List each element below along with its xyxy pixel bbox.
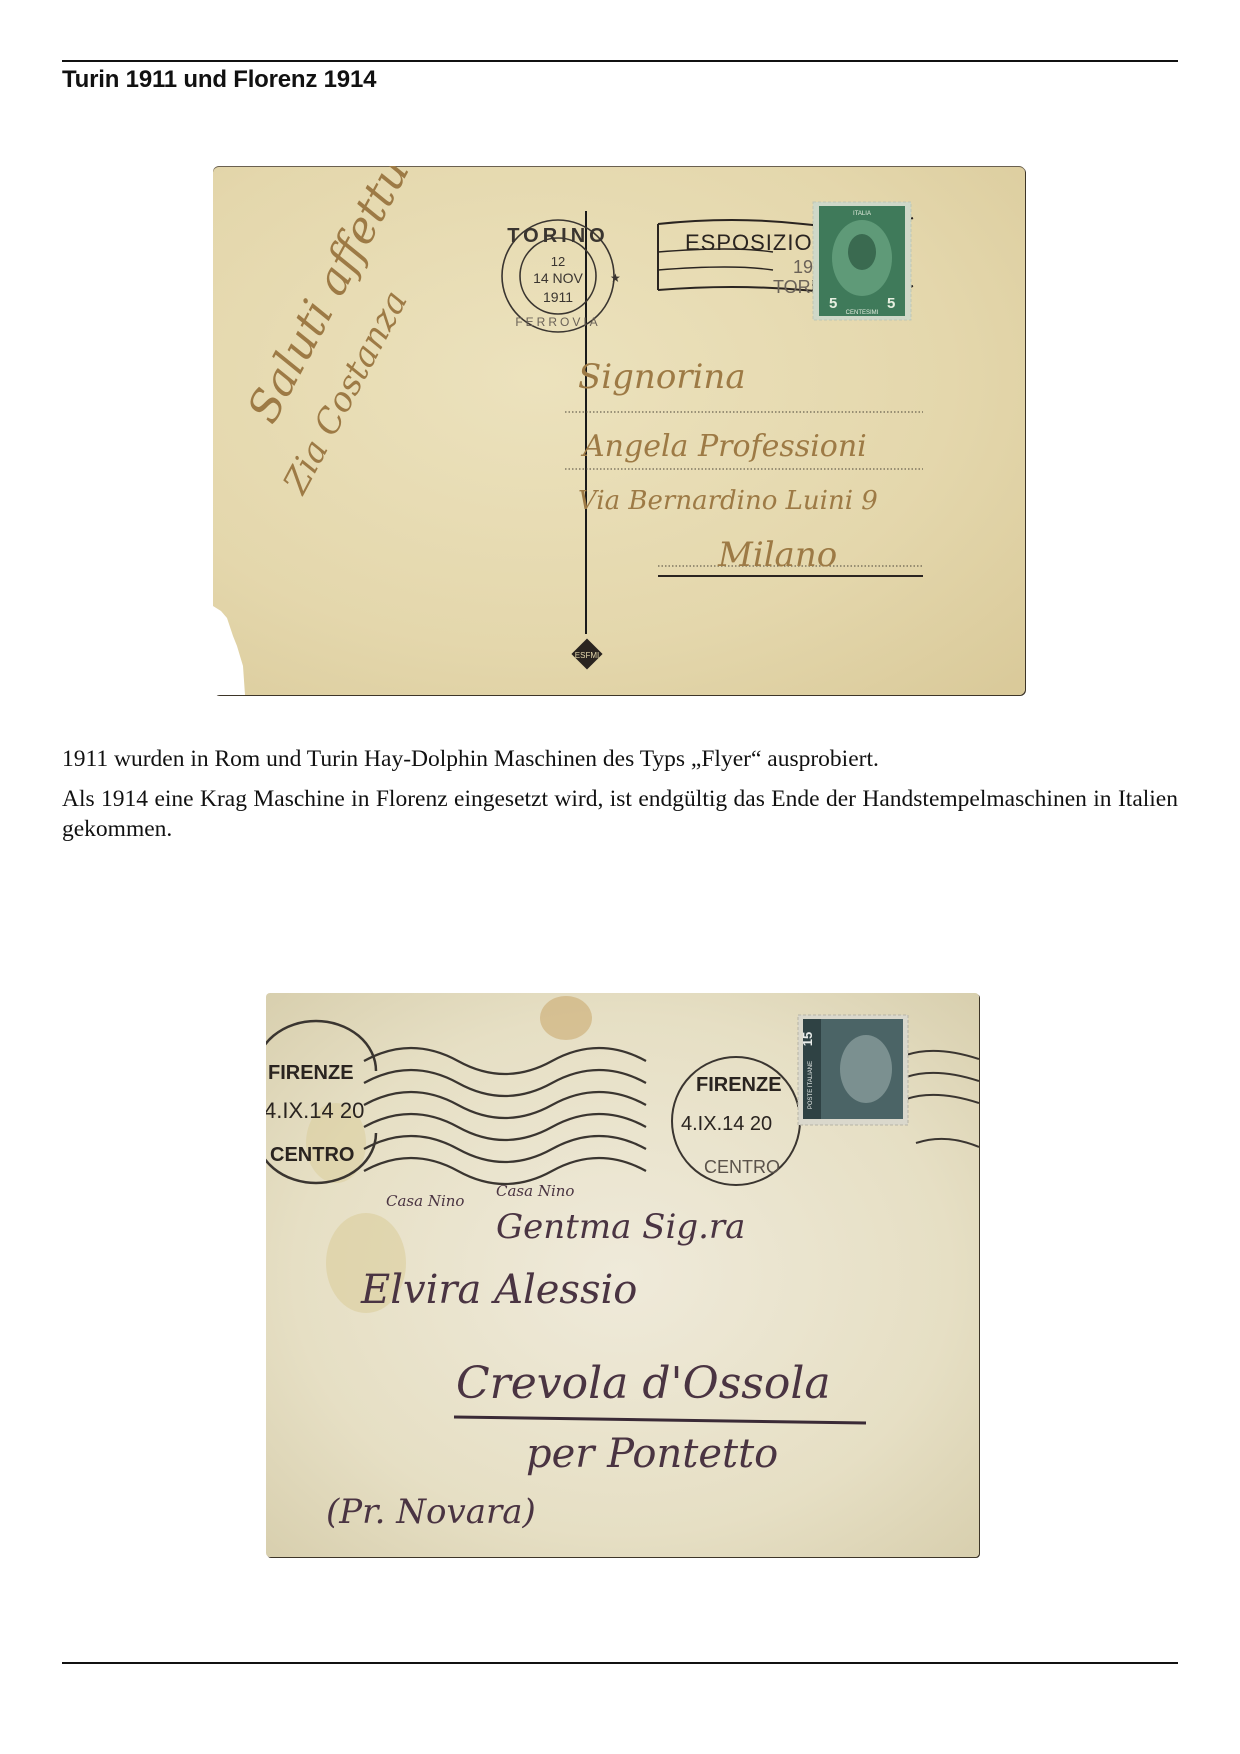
page-title: Turin 1911 und Florenz 1914: [62, 66, 376, 94]
svg-text:14 NOV: 14 NOV: [533, 270, 583, 286]
svg-text:Angela Professioni: Angela Professioni: [580, 429, 867, 464]
svg-text:12: 12: [551, 254, 565, 269]
svg-text:Crevola d'Ossola: Crevola d'Ossola: [456, 1358, 831, 1409]
stamp-15-centesimi: 15 POSTE ITALIANE: [798, 1015, 908, 1125]
svg-text:POSTE ITALIANE: POSTE ITALIANE: [808, 1061, 814, 1109]
svg-text:Gentma Sig.ra: Gentma Sig.ra: [496, 1207, 745, 1247]
krag-wavy-cancel: [364, 1048, 646, 1184]
svg-text:5: 5: [829, 295, 837, 312]
svg-text:per Pontetto: per Pontetto: [526, 1431, 778, 1477]
svg-text:FERROVIA: FERROVIA: [515, 315, 600, 329]
svg-text:ITALIA: ITALIA: [853, 211, 871, 217]
envelope-florenz-1914: FIRENZE 4.IX.14 20 CENTRO FIRENZE 4.IX.1…: [266, 993, 979, 1557]
svg-text:CENTESIMI: CENTESIMI: [846, 310, 879, 316]
stamp-5-centesimi: 5 5 CENTESIMI ITALIA: [813, 202, 911, 320]
svg-text:CENTRO: CENTRO: [704, 1157, 780, 1177]
svg-text:1911: 1911: [543, 289, 573, 305]
svg-text:Elvira Alessio: Elvira Alessio: [360, 1267, 637, 1313]
svg-text:Via Bernardino Luini 9: Via Bernardino Luini 9: [578, 486, 878, 516]
paragraph-krag: Als 1914 eine Krag Maschine in Florenz e…: [62, 784, 1178, 844]
svg-text:Casa Nino: Casa Nino: [496, 1182, 574, 1200]
postcard-turin-1911: ESFMI TORINO 12 14 NOV 1911 FERROVIA ★ E…: [213, 166, 1025, 695]
svg-text:FIRENZE: FIRENZE: [268, 1062, 354, 1084]
svg-text:CENTRO: CENTRO: [270, 1144, 354, 1166]
envelope-illustration: FIRENZE 4.IX.14 20 CENTRO FIRENZE 4.IX.1…: [266, 993, 979, 1557]
svg-text:Casa Nino: Casa Nino: [386, 1192, 464, 1210]
postcard-illustration: ESFMI TORINO 12 14 NOV 1911 FERROVIA ★ E…: [213, 166, 1025, 695]
svg-text:Signorina: Signorina: [578, 357, 746, 397]
header-rule: [62, 60, 1178, 62]
svg-text:FIRENZE: FIRENZE: [696, 1074, 782, 1096]
footer-rule: [62, 1662, 1178, 1664]
svg-text:ESFMI: ESFMI: [575, 651, 599, 660]
paragraph-hay-dolphin: 1911 wurden in Rom und Turin Hay-Dolphin…: [62, 744, 1178, 774]
svg-text:(Pr. Novara): (Pr. Novara): [326, 1492, 536, 1532]
svg-text:Milano: Milano: [717, 535, 837, 575]
publisher-logo-icon: ESFMI: [571, 638, 602, 669]
svg-text:4.IX.14 20: 4.IX.14 20: [681, 1113, 772, 1135]
svg-text:5: 5: [887, 295, 895, 312]
svg-text:★: ★: [610, 271, 621, 285]
body-text: 1911 wurden in Rom und Turin Hay-Dolphin…: [62, 744, 1178, 854]
svg-text:TORINO: TORINO: [507, 225, 608, 247]
svg-text:4.IX.14 20: 4.IX.14 20: [266, 1098, 364, 1123]
svg-text:15: 15: [800, 1032, 815, 1046]
